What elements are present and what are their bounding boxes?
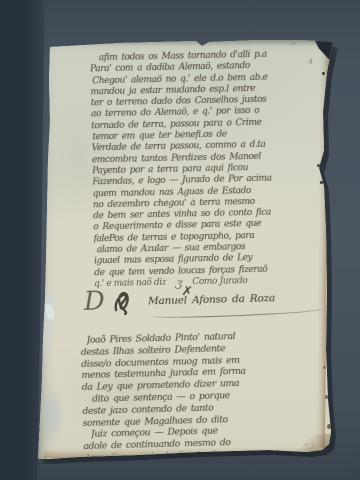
signature-flourish-line bbox=[152, 306, 322, 319]
signature-name: Manuel Afonso da Roza bbox=[148, 291, 316, 307]
page-top-edge bbox=[46, 40, 328, 46]
signature-rubric: D bbox=[84, 288, 105, 315]
manuscript-photograph: afim todos os Mass tornando d'alli p.a P… bbox=[0, 0, 360, 480]
paper-discoloration bbox=[38, 371, 66, 459]
book-cover-edge bbox=[0, 0, 46, 480]
signature-block: D Manuel Afonso da Roza ✗ bbox=[82, 283, 323, 325]
paragraph-2: Joaõ Pires Soldado Pinto' natural destas… bbox=[80, 329, 315, 467]
ink-blot-rubric bbox=[112, 290, 135, 317]
paragraph-1: afim todos os Mass tornando d'alli p.a P… bbox=[90, 49, 321, 282]
edge-nick bbox=[320, 181, 323, 184]
ink-spot bbox=[322, 72, 325, 75]
edge-stain bbox=[323, 366, 326, 369]
pencil-mark: ^ bbox=[289, 42, 298, 53]
manuscript-page: afim todos os Mass tornando d'alli p.a P… bbox=[36, 38, 335, 462]
cross-mark: ✗ bbox=[181, 284, 194, 300]
